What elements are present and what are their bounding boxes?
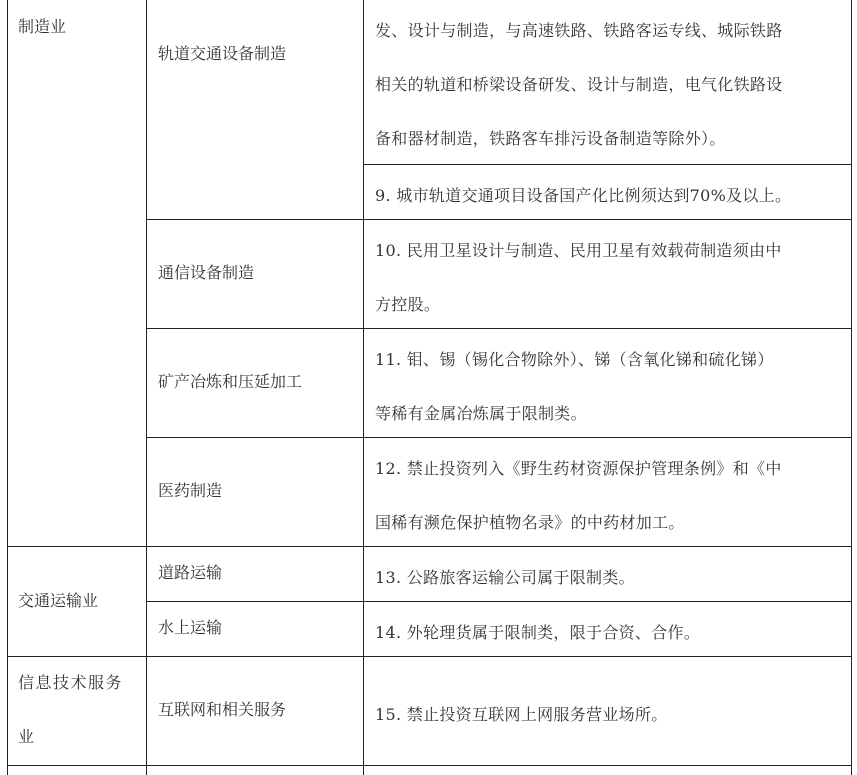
measure-text-line: 11. 钼、锡（锡化合物除外）、锑（含氧化锑和硫化锑） (375, 347, 774, 370)
row-divider (146, 219, 852, 220)
measure-text-line: 备和器材制造，铁路客车排污设备制造等除外）。 (375, 126, 726, 149)
measure-text-line: 14. 外轮理货属于限制类，限于合资、合作。 (375, 620, 700, 643)
measure-text-line: 15. 禁止投资互联网上网服务营业场所。 (375, 702, 668, 725)
industry-cell: 制造业 (18, 0, 66, 54)
measure-text-line: 13. 公路旅客运输公司属于限制类。 (375, 565, 635, 588)
measure-text-line: 发、设计与制造，与高速铁路、铁路客运专线、城际铁路 (375, 18, 783, 41)
sub-industry-cell: 水上运输 (158, 601, 222, 655)
sub-industry-cell: 通信设备制造 (158, 246, 254, 300)
row-divider (7, 765, 852, 766)
row-divider (146, 328, 852, 329)
measure-text-line: 相关的轨道和桥梁设备研发、设计与制造，电气化铁路设 (375, 72, 783, 95)
sub-industry-cell: 互联网和相关服务 (158, 683, 286, 737)
industry-cell-line2: 业 (18, 710, 34, 764)
column-divider-1 (146, 0, 147, 775)
measure-text-line: 国稀有濒危保护植物名录》的中药材加工。 (375, 510, 685, 533)
row-divider (146, 437, 852, 438)
measure-text-line: 12. 禁止投资列入《野生药材资源保护管理条例》和《中 (375, 456, 782, 479)
industry-cell-line1: 信息技术服务 (18, 656, 123, 710)
sub-industry-cell: 医药制造 (158, 464, 222, 518)
measure-text-line: 10. 民用卫星设计与制造、民用卫星有效载荷制造须由中 (375, 238, 782, 261)
measure-text-line: 等稀有金属冶炼属于限制类。 (375, 401, 587, 424)
measure-text-line: 9. 城市轨道交通项目设备国产化比例须达到70%及以上。 (375, 183, 791, 206)
sub-industry-cell: 矿产冶炼和压延加工 (158, 355, 302, 409)
sub-industry-cell: 道路运输 (158, 546, 222, 600)
row-divider (146, 601, 852, 602)
table-border-left (7, 0, 8, 775)
column-divider-2 (363, 0, 364, 775)
restriction-table: 制造业 交通运输业 信息技术服务 业 轨道交通设备制造 通信设备制造 矿产冶炼和… (0, 0, 857, 775)
table-border-right (851, 0, 852, 775)
measure-text-line: 方控股。 (375, 292, 440, 315)
sub-industry-cell: 轨道交通设备制造 (158, 27, 286, 81)
row-divider (363, 164, 852, 165)
row-divider (7, 546, 852, 547)
industry-cell: 交通运输业 (18, 574, 98, 628)
row-divider (7, 656, 852, 657)
